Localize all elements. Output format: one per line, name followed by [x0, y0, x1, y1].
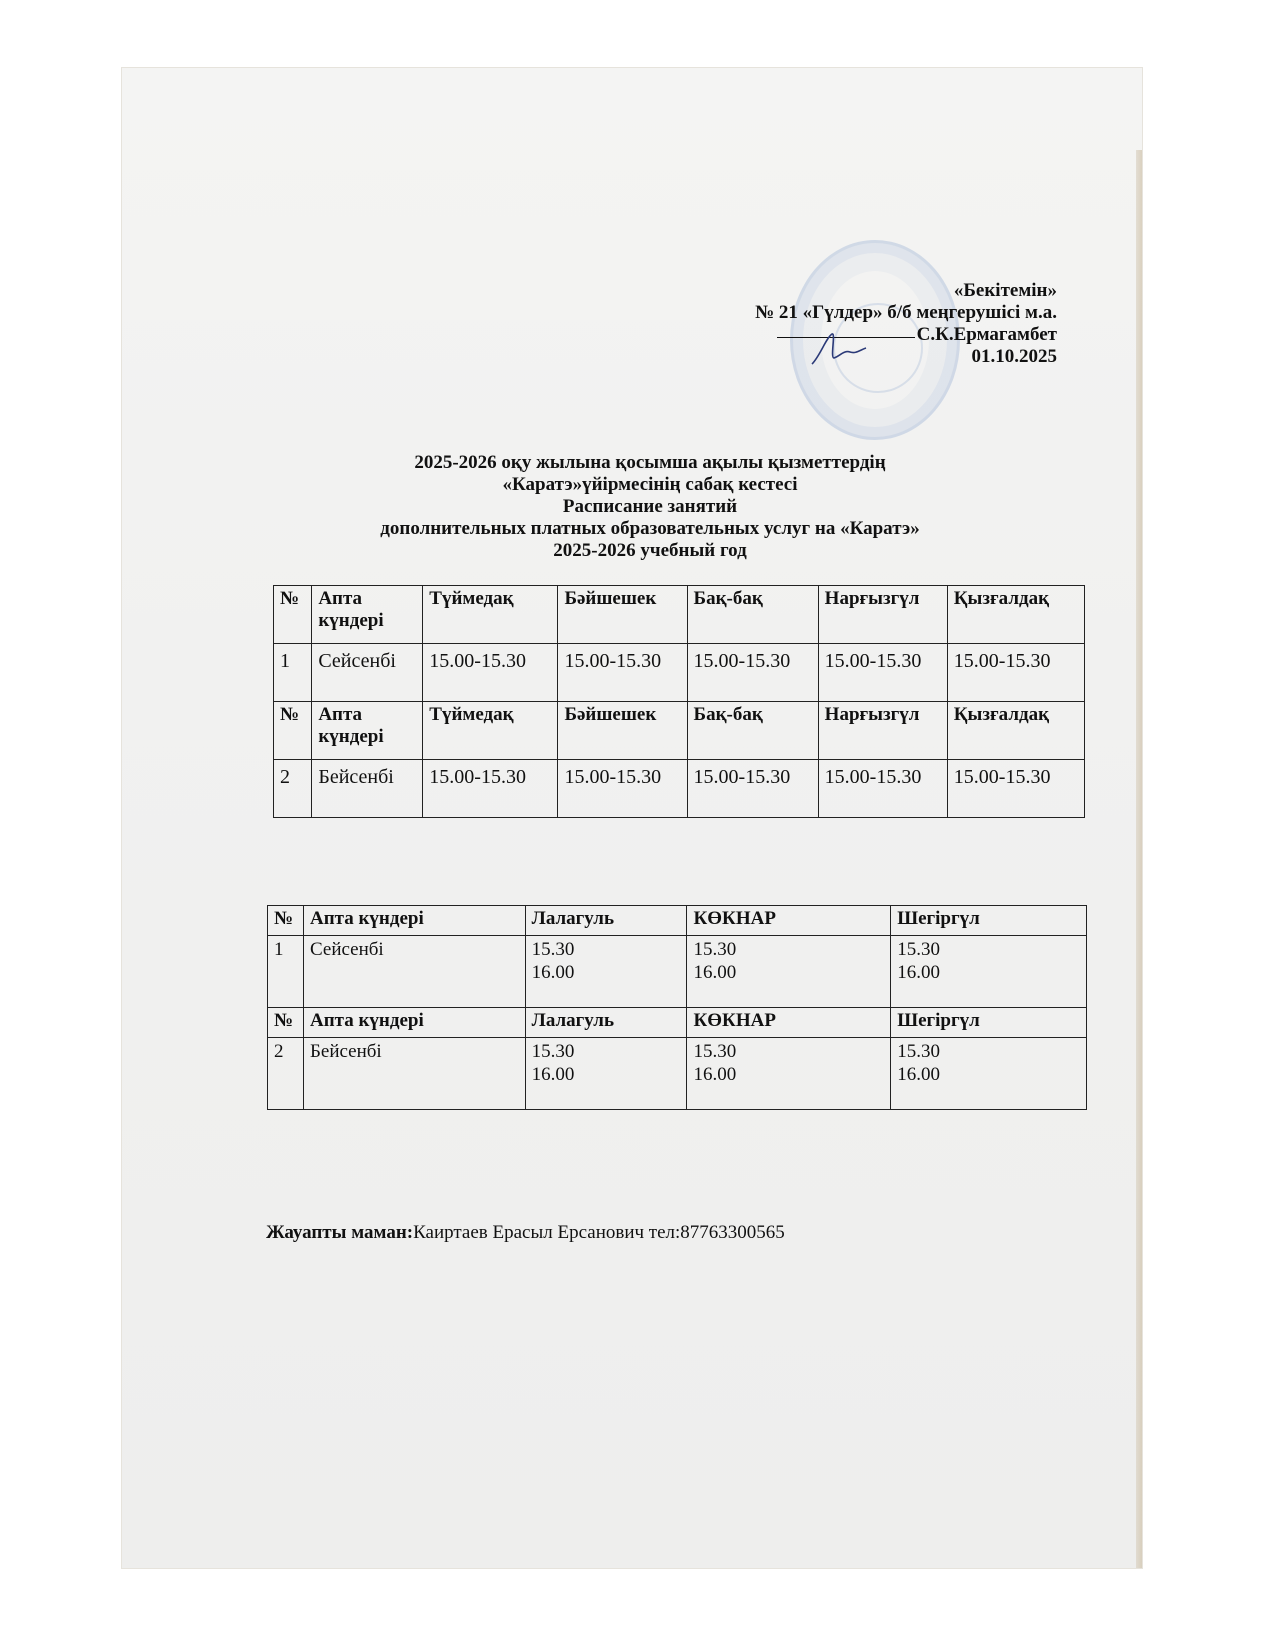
table-cell: 15.30 16.00: [525, 1038, 687, 1110]
schedule-table-groups-a: №Апта күндеріТүймедақБәйшешекБақ-бақНарғ…: [273, 585, 1085, 818]
column-header: Түймедақ: [423, 702, 558, 760]
column-header: Апта күндері: [303, 906, 525, 936]
table-cell: 2: [268, 1038, 304, 1110]
table-cell: 15.30 16.00: [891, 936, 1087, 1008]
header-row: №Апта күндеріТүймедақБәйшешекБақ-бақНарғ…: [274, 586, 1085, 644]
table-cell: 2: [274, 760, 312, 818]
responsible-label: Жауапты маман:: [266, 1222, 413, 1243]
column-header: Апта күндері: [312, 586, 423, 644]
column-header: КӨКНАР: [687, 1008, 891, 1038]
table-cell: 15.00-15.30: [947, 644, 1084, 702]
title-kz-1: 2025-2026 оқу жылына қосымша ақылы қызме…: [270, 452, 1030, 474]
column-header: Лалагуль: [525, 906, 687, 936]
table-cell: 15.30 16.00: [687, 936, 891, 1008]
column-header: Нарғызгүл: [818, 702, 947, 760]
approval-signer-line: С.К.Ермагамбет: [755, 324, 1057, 346]
column-header: Қызғалдақ: [947, 702, 1084, 760]
table-cell: 15.00-15.30: [558, 760, 687, 818]
table-cell: 15.00-15.30: [423, 644, 558, 702]
title-ru-1: Расписание занятий: [270, 496, 1030, 518]
responsible-person: Жауапты маман:Каиртаев Ерасыл Ерсанович …: [266, 1222, 785, 1244]
column-header: Шегіргүл: [891, 1008, 1087, 1038]
column-header: №: [274, 702, 312, 760]
title-ru-2: дополнительных платных образовательных у…: [270, 518, 1030, 540]
header-row: №Апта күндеріТүймедақБәйшешекБақ-бақНарғ…: [274, 702, 1085, 760]
table-cell: Бейсенбі: [303, 1038, 525, 1110]
table-cell: 15.00-15.30: [818, 760, 947, 818]
column-header: №: [268, 906, 304, 936]
column-header: Лалагуль: [525, 1008, 687, 1038]
table-row: 2Бейсенбі15.00-15.3015.00-15.3015.00-15.…: [274, 760, 1085, 818]
column-header: Қызғалдақ: [947, 586, 1084, 644]
column-header: №: [268, 1008, 304, 1038]
column-header: Бәйшешек: [558, 702, 687, 760]
responsible-details: Каиртаев Ерасыл Ерсанович тел:8776330056…: [413, 1222, 785, 1243]
table-cell: 15.30 16.00: [891, 1038, 1087, 1110]
table-cell: Сейсенбі: [312, 644, 423, 702]
header-row: №Апта күндеріЛалагульКӨКНАРШегіргүл: [268, 1008, 1087, 1038]
table-cell: 15.00-15.30: [687, 760, 818, 818]
table-cell: 15.30 16.00: [687, 1038, 891, 1110]
table-cell: 15.00-15.30: [423, 760, 558, 818]
table-cell: 1: [268, 936, 304, 1008]
schedule-table-groups-b: №Апта күндеріЛалагульКӨКНАРШегіргүл1Сейс…: [267, 905, 1087, 1110]
title-kz-2: «Каратэ»үйірмесінің сабақ кестесі: [270, 474, 1030, 496]
column-header: Түймедақ: [423, 586, 558, 644]
table-surface-edge: [1136, 150, 1142, 1568]
header-row: №Апта күндеріЛалагульКӨКНАРШегіргүл: [268, 906, 1087, 936]
column-header: Бәйшешек: [558, 586, 687, 644]
document-titles: 2025-2026 оқу жылына қосымша ақылы қызме…: [270, 452, 1030, 562]
table-cell: 15.00-15.30: [687, 644, 818, 702]
column-header: Бақ-бақ: [687, 702, 818, 760]
column-header: Шегіргүл: [891, 906, 1087, 936]
title-ru-3: 2025-2026 учебный год: [270, 540, 1030, 562]
column-header: Апта күндері: [303, 1008, 525, 1038]
approval-date: 01.10.2025: [755, 346, 1057, 368]
table-cell: 15.00-15.30: [818, 644, 947, 702]
table-row: 1Сейсенбі15.00-15.3015.00-15.3015.00-15.…: [274, 644, 1085, 702]
table-cell: Бейсенбі: [312, 760, 423, 818]
approval-block: «Бекітемін» № 21 «Гүлдер» б/б меңгерушіс…: [755, 280, 1057, 368]
table-row: 1Сейсенбі15.30 16.0015.30 16.0015.30 16.…: [268, 936, 1087, 1008]
table-row: 2Бейсенбі15.30 16.0015.30 16.0015.30 16.…: [268, 1038, 1087, 1110]
column-header: Бақ-бақ: [687, 586, 818, 644]
column-header: Апта күндері: [312, 702, 423, 760]
column-header: №: [274, 586, 312, 644]
table-cell: 1: [274, 644, 312, 702]
signature-scribble: [808, 328, 868, 368]
approval-position: № 21 «Гүлдер» б/б меңгерушісі м.а.: [755, 302, 1057, 324]
table-cell: 15.30 16.00: [525, 936, 687, 1008]
approval-signer: С.К.Ермагамбет: [917, 324, 1057, 345]
column-header: КӨКНАР: [687, 906, 891, 936]
table-cell: Сейсенбі: [303, 936, 525, 1008]
table-cell: 15.00-15.30: [558, 644, 687, 702]
approval-title: «Бекітемін»: [755, 280, 1057, 302]
table-cell: 15.00-15.30: [947, 760, 1084, 818]
column-header: Нарғызгүл: [818, 586, 947, 644]
